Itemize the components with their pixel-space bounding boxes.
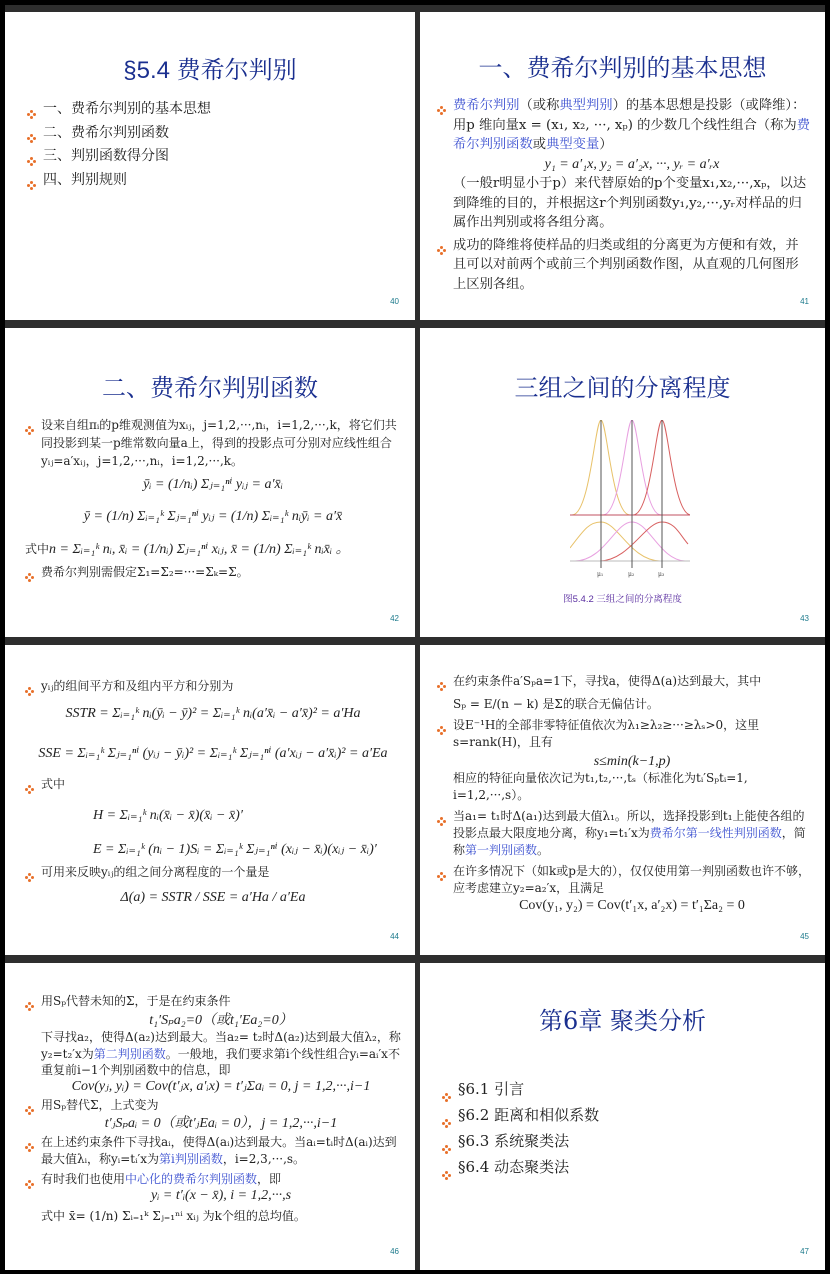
axis-label-mu2: μ₂	[628, 571, 634, 578]
bullet-paragraph: yᵢⱼ的组间平方和及组内平方和分别为	[25, 677, 401, 695]
toc-item[interactable]: 四、判别规则	[27, 169, 211, 193]
diamond-bullet-icon	[25, 569, 34, 578]
diamond-bullet-icon	[27, 104, 36, 113]
text: 式中	[25, 542, 49, 556]
bullet-paragraph: 在约束条件a′Sₚa=1下，寻找a，使得Δ(a)达到最大，其中 Sₚ = E/(…	[437, 673, 811, 713]
slide-body: 费希尔判别（或称典型判别）的基本思想是投影（或降维）：用p 维向量x = (x₁…	[437, 96, 811, 294]
equation: SSE = Σᵢ₌₁ᵏ Σⱼ₌₁ⁿⁱ (yᵢⱼ − ȳᵢ)² = Σᵢ₌₁ᵏ Σ…	[25, 745, 401, 763]
toc-item[interactable]: 三、判别函数得分图	[27, 145, 211, 169]
bullet-paragraph: 在许多情况下（如k或p是大的），仅仅使用第一判别函数也许不够，应考虑建立y₂=a…	[437, 863, 811, 914]
page-number: 41	[800, 297, 809, 306]
text: 设来自组πᵢ的p维观测值为xᵢⱼ，j=1,2,···,nᵢ，i=1,2,···,…	[41, 418, 397, 468]
slide-45[interactable]: 在约束条件a′Sₚa=1下，寻找a，使得Δ(a)达到最大，其中 Sₚ = E/(…	[420, 645, 825, 955]
axis-label-mu1: μ₁	[597, 571, 603, 578]
axis-label-mu3: μ₃	[658, 571, 664, 578]
equation: ȳ = (1/n) Σᵢ₌₁ᵏ Σⱼ₌₁ⁿⁱ yᵢⱼ = (1/n) Σᵢ₌₁ᵏ…	[25, 508, 401, 526]
equation: t₁′Sₚa₂=0（或t₁′Ea₂=0）	[41, 1013, 401, 1030]
toc-item-label: 二、费希尔判别函数	[43, 125, 169, 141]
text: 成功的降维将使样品的归类或组的分离更为方便和有效，并且可以对前两个或前三个判别函…	[453, 238, 799, 292]
page-number: 42	[390, 614, 399, 623]
link-first-discriminant[interactable]: 第一判别函数	[465, 843, 537, 857]
page-number: 45	[800, 932, 809, 941]
toc-item-label: 三、判别函数得分图	[43, 148, 169, 164]
equation: E = Σᵢ₌₁ᵏ (nᵢ − 1)Sᵢ = Σᵢ₌₁ᵏ Σⱼ₌₁ⁿⁱ (xᵢⱼ…	[25, 841, 401, 859]
text: 在约束条件a′Sₚa=1下，寻找a，使得Δ(a)达到最大，其中	[453, 674, 761, 688]
text: 在许多情况下（如k或p是大的），仅仅使用第一判别函数也许不够，应考虑建立y₂=a…	[453, 864, 810, 895]
toc-list: 一、费希尔判别的基本思想 二、费希尔判别函数 三、判别函数得分图 四、判别规则	[27, 98, 211, 192]
text: 设E⁻¹H的全部非零特征值依次为λ₁≥λ₂≥···≥λₛ>0，这里s=rank(…	[453, 718, 759, 749]
figure-caption: 图5.4.2 三组之间的分离程度	[420, 591, 825, 605]
diamond-bullet-icon	[27, 151, 36, 160]
link-fisher-discriminant[interactable]: 费希尔判别	[453, 98, 519, 113]
equation: y₁ = a′₁x, y₂ = a′₂x, ···, yᵣ = a′ᵣx	[453, 155, 811, 175]
slide-47[interactable]: 第6章 聚类分析 §6.1 引言 §6.2 距离和相似系数 §6.3 系统聚类法…	[420, 963, 825, 1270]
text: 相应的特征向量依次记为t₁,t₂,···,tₛ（标准化为tᵢ′Sₚtᵢ=1, i…	[453, 770, 811, 804]
slide-body: 设来自组πᵢ的p维观测值为xᵢⱼ，j=1,2,···,nᵢ，i=1,2,···,…	[25, 416, 401, 581]
diamond-bullet-icon	[437, 814, 446, 823]
bullet-paragraph: 成功的降维将使样品的归类或组的分离更为方便和有效，并且可以对前两个或前三个判别函…	[437, 236, 811, 295]
text: （或称	[519, 98, 559, 113]
slide-42[interactable]: 二、费希尔判别函数 设来自组πᵢ的p维观测值为xᵢⱼ，j=1,2,···,nᵢ，…	[5, 328, 415, 637]
equation: ȳᵢ = (1/nᵢ) Σⱼ₌₁ⁿⁱ yᵢⱼ = a′x̄ᵢ	[25, 476, 401, 494]
text: 下寻找a₂，使得Δ(a₂)达到最大。当a₂= t₂时Δ(a₂)达到最大值λ₂，称…	[41, 1029, 401, 1079]
page-number: 40	[390, 297, 399, 306]
link-canonical-discriminant[interactable]: 典型判别	[559, 98, 612, 113]
diamond-bullet-icon	[25, 1177, 34, 1186]
row-divider-2	[5, 637, 825, 645]
link-centered-fisher[interactable]: 中心化的费希尔判别函数	[125, 1172, 257, 1186]
diamond-bullet-icon	[437, 679, 446, 688]
page-number: 43	[800, 614, 809, 623]
bullet-paragraph: 设来自组πᵢ的p维观测值为xᵢⱼ，j=1,2,···,nᵢ，i=1,2,···,…	[25, 416, 401, 470]
diamond-bullet-icon	[442, 1084, 451, 1093]
diamond-bullet-icon	[27, 175, 36, 184]
slide-body: 在约束条件a′Sₚa=1下，寻找a，使得Δ(a)达到最大，其中 Sₚ = E/(…	[437, 673, 811, 914]
slide-43[interactable]: 三组之间的分离程度 μ₁ μ₂ μ₃ 图5.4.2 三组之间的分离程度 43	[420, 328, 825, 637]
bullet-paragraph: 当a₁= t₁时Δ(a₁)达到最大值λ₁。所以，选择投影到t₁上能使各组的投影点…	[437, 808, 811, 859]
equation: H = Σᵢ₌₁ᵏ nᵢ(x̄ᵢ − x̄)(x̄ᵢ − x̄)′	[25, 807, 401, 825]
slide-title: §5.4 费希尔判别	[5, 50, 415, 85]
link-ith-discriminant[interactable]: 第i判别函数	[159, 1152, 223, 1166]
page-number: 46	[390, 1247, 399, 1256]
slide-title: 第6章 聚类分析	[420, 1001, 825, 1036]
slide-title: 一、费希尔判别的基本思想	[420, 48, 825, 83]
diamond-bullet-icon	[442, 1110, 451, 1119]
text: yᵢⱼ的组间平方和及组内平方和分别为	[41, 679, 233, 693]
slide-40[interactable]: §5.4 费希尔判别 一、费希尔判别的基本思想 二、费希尔判别函数 三、判别函数…	[5, 12, 415, 320]
slide-title: 三组之间的分离程度	[420, 368, 825, 403]
text: 有时我们也使用	[41, 1172, 125, 1186]
bullet-paragraph: 式中	[25, 775, 401, 793]
equation: s≤min(k−1,p)	[453, 753, 811, 770]
toc-item[interactable]: §6.1 引言	[442, 1076, 599, 1102]
link-first-linear-discriminant[interactable]: 费希尔第一线性判别函数	[650, 826, 782, 840]
row-divider-1	[5, 320, 825, 328]
slide-title: 二、费希尔判别函数	[5, 368, 415, 403]
equation: yᵢ = t′ᵢ(x − x̄), i = 1,2,···,s	[41, 1188, 401, 1205]
toc-item[interactable]: 二、费希尔判别函数	[27, 122, 211, 146]
diamond-bullet-icon	[442, 1162, 451, 1171]
toc-item-label: §6.4 动态聚类法	[458, 1158, 569, 1176]
text: 可用来反映yᵢⱼ的组之间分离程度的一个量是	[41, 865, 269, 879]
bullet-paragraph: 用Sₚ代替未知的Σ，于是在约束条件 t₁′Sₚa₂=0（或t₁′Ea₂=0） 下…	[25, 993, 401, 1095]
diamond-bullet-icon	[25, 999, 34, 1008]
bullet-paragraph: 费希尔判别需假定Σ₁=Σ₂=···=Σₖ=Σ。	[25, 563, 401, 581]
text: ，即	[257, 1172, 281, 1186]
toc-item[interactable]: §6.2 距离和相似系数	[442, 1102, 599, 1128]
diamond-bullet-icon	[25, 1103, 34, 1112]
toc-item[interactable]: 一、费希尔判别的基本思想	[27, 98, 211, 122]
row-divider-3	[5, 955, 825, 963]
toc-list: §6.1 引言 §6.2 距离和相似系数 §6.3 系统聚类法 §6.4 动态聚…	[442, 1076, 599, 1180]
diamond-bullet-icon	[437, 723, 446, 732]
text: 式中 x̄= (1/n) Σᵢ₌₁ᵏ Σⱼ₌₁ⁿⁱ xᵢⱼ 为k个组的总均值。	[41, 1208, 401, 1225]
text: （一般r明显小于p）来代替原始的p个变量x₁,x₂,···,xₚ，以达到降维的目…	[453, 174, 811, 233]
bullet-paragraph: 用Sₚ替代Σ，上式变为 t′ⱼSₚaᵢ = 0（或t′ⱼEaᵢ = 0），j =…	[25, 1097, 401, 1132]
equation: Sₚ = E/(n − k) 是Σ的联合无偏估计。	[453, 696, 811, 713]
equation: SSTR = Σᵢ₌₁ᵏ nᵢ(ȳᵢ − ȳ)² = Σᵢ₌₁ᵏ nᵢ(a′x̄…	[25, 705, 401, 723]
diamond-bullet-icon	[442, 1136, 451, 1145]
text: 或	[533, 137, 546, 152]
equation: n = Σᵢ₌₁ᵏ nᵢ, x̄ᵢ = (1/nᵢ) Σⱼ₌₁ⁿⁱ xᵢⱼ, x…	[49, 542, 350, 557]
text: 。	[537, 843, 549, 857]
link-canonical-variable[interactable]: 典型变量	[546, 137, 599, 152]
page-number: 44	[390, 932, 399, 941]
text: ，i=2,3,···,s。	[223, 1152, 305, 1166]
slide-body: yᵢⱼ的组间平方和及组内平方和分别为 SSTR = Σᵢ₌₁ᵏ nᵢ(ȳᵢ − …	[25, 677, 401, 907]
toc-item[interactable]: §6.4 动态聚类法	[442, 1154, 599, 1180]
equation: Cov(y₁, y₂) = Cov(t′₁x, a′₂x) = t′₁Σa₂ =…	[453, 897, 811, 914]
diamond-bullet-icon	[25, 683, 34, 692]
text: 费希尔判别需假定Σ₁=Σ₂=···=Σₖ=Σ。	[41, 565, 249, 579]
equation: Cov(yⱼ, yᵢ) = Cov(t′ⱼx, a′ᵢx) = t′ⱼΣaᵢ =…	[41, 1079, 401, 1096]
diamond-bullet-icon	[25, 781, 34, 790]
slide-44[interactable]: yᵢⱼ的组间平方和及组内平方和分别为 SSTR = Σᵢ₌₁ᵏ nᵢ(ȳᵢ − …	[5, 645, 415, 955]
diamond-bullet-icon	[437, 242, 446, 251]
equation-line: 式中n = Σᵢ₌₁ᵏ nᵢ, x̄ᵢ = (1/nᵢ) Σⱼ₌₁ⁿⁱ xᵢⱼ,…	[25, 540, 401, 559]
bullet-paragraph: 费希尔判别（或称典型判别）的基本思想是投影（或降维）：用p 维向量x = (x₁…	[437, 96, 811, 233]
toc-item-label: §6.1 引言	[458, 1080, 524, 1098]
slide-41[interactable]: 一、费希尔判别的基本思想 费希尔判别（或称典型判别）的基本思想是投影（或降维）：…	[420, 12, 825, 320]
bullet-paragraph: 在上述约束条件下寻找aᵢ，使得Δ(aᵢ)达到最大。当aᵢ=tᵢ时Δ(aᵢ)达到最…	[25, 1134, 401, 1167]
text: ）	[599, 137, 612, 152]
distribution-figure	[570, 420, 690, 580]
diamond-bullet-icon	[25, 422, 34, 431]
equation: Δ(a) = SSTR / SSE = a′Ha / a′Ea	[25, 889, 401, 907]
diamond-bullet-icon	[25, 869, 34, 878]
diamond-bullet-icon	[27, 128, 36, 137]
toc-item-label: 一、费希尔判别的基本思想	[43, 101, 211, 117]
bullet-paragraph: 可用来反映yᵢⱼ的组之间分离程度的一个量是	[25, 863, 401, 881]
toc-item[interactable]: §6.3 系统聚类法	[442, 1128, 599, 1154]
toc-item-label: §6.3 系统聚类法	[458, 1132, 569, 1150]
page-number: 47	[800, 1247, 809, 1256]
diamond-bullet-icon	[437, 869, 446, 878]
link-second-discriminant[interactable]: 第二判别函数	[94, 1047, 166, 1061]
text: 式中	[41, 777, 65, 791]
diamond-bullet-icon	[25, 1140, 34, 1149]
toc-item-label: §6.2 距离和相似系数	[458, 1106, 599, 1124]
bullet-paragraph: 设E⁻¹H的全部非零特征值依次为λ₁≥λ₂≥···≥λₛ>0，这里s=rank(…	[437, 717, 811, 804]
text: 用Sₚ替代Σ，上式变为	[41, 1098, 159, 1112]
slide-46[interactable]: 用Sₚ代替未知的Σ，于是在约束条件 t₁′Sₚa₂=0（或t₁′Ea₂=0） 下…	[5, 963, 415, 1270]
diamond-bullet-icon	[437, 102, 446, 111]
bullet-paragraph: 有时我们也使用中心化的费希尔判别函数，即 yᵢ = t′ᵢ(x − x̄), i…	[25, 1171, 401, 1225]
toc-item-label: 四、判别规则	[43, 172, 127, 188]
slide-body: 用Sₚ代替未知的Σ，于是在约束条件 t₁′Sₚa₂=0（或t₁′Ea₂=0） 下…	[25, 993, 401, 1225]
text: 用Sₚ代替未知的Σ，于是在约束条件	[41, 994, 231, 1008]
equation: t′ⱼSₚaᵢ = 0（或t′ⱼEaᵢ = 0），j = 1,2,···,i−1	[41, 1116, 401, 1133]
